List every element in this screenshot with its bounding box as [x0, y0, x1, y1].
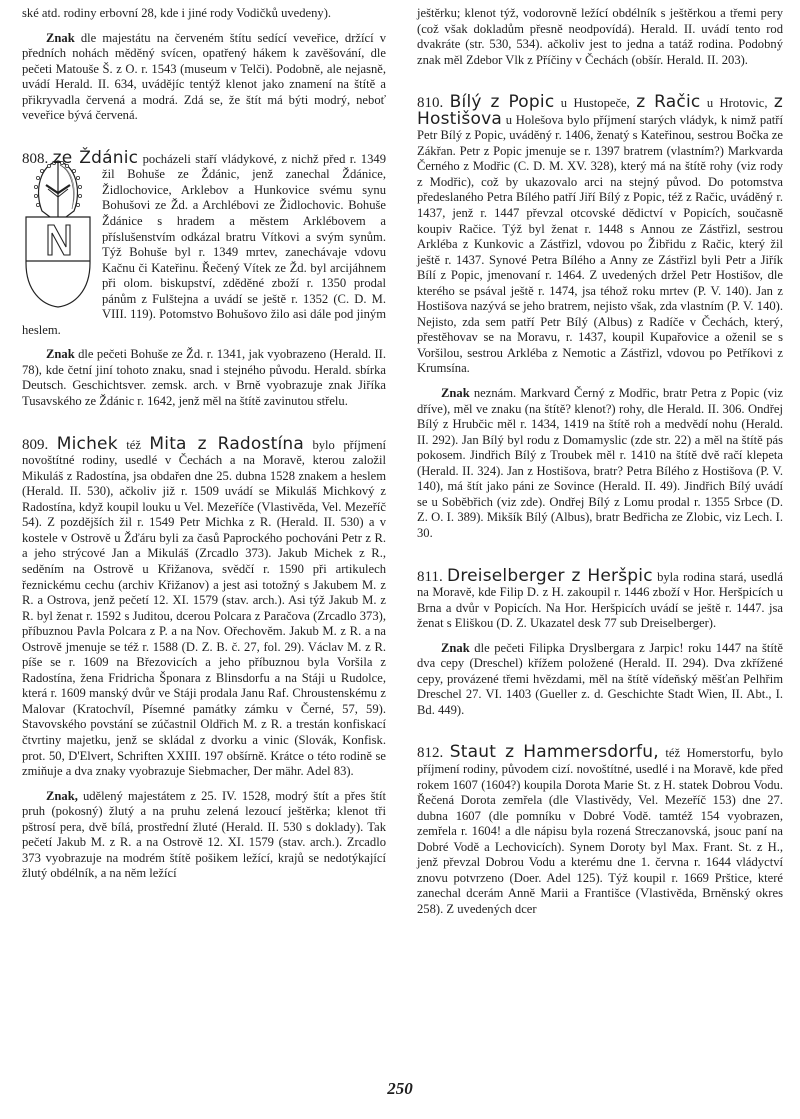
entry-number: 812.	[417, 745, 443, 761]
entry-809: 809. Michek též Mita z Radostína bylo př…	[22, 437, 386, 882]
entry-heading: ze Ždánic	[53, 148, 139, 168]
znak-text: dle pečeti Bohuše ze Žd. r. 1341, jak vy…	[22, 347, 386, 408]
entry-808-znak: Znak dle pečeti Bohuše ze Žd. r. 1341, j…	[22, 347, 386, 409]
znak-text: dle pečeti Filipka Dryslbergara z Jarpic…	[417, 641, 783, 717]
entry-heading-primary: Michek	[57, 434, 118, 454]
coat-of-arms-helmet-shield-icon	[20, 151, 96, 309]
entry-location-1: u Hustopeče,	[554, 96, 636, 110]
intro-znak-paragraph: Znak dle majestátu na červeném štítu sed…	[22, 31, 386, 124]
entry-810-znak: Znak neznám. Markvard Černý z Modřic, br…	[417, 386, 783, 541]
entry-text: též Homerstorfu, bylo příjmení rodiny, p…	[417, 746, 783, 915]
entry-810: 810. Bílý z Popic u Hustopeče, z Račic u…	[417, 95, 783, 541]
znak-text: neznám. Markvard Černý z Modřic, bratr P…	[417, 386, 783, 540]
entry-number: 809.	[22, 437, 48, 453]
entry-heading: Staut z Hammersdorfu,	[450, 742, 659, 762]
entry-location-3: u Holešova	[502, 113, 567, 127]
entry-809-paragraph: 809. Michek též Mita z Radostína bylo př…	[22, 437, 386, 780]
entry-text: bylo příjmení starých vládyk, k nimž pat…	[417, 113, 783, 376]
entry-812: 812. Staut z Hammersdorfu, též Homerstor…	[417, 745, 783, 917]
znak-text: dle majestátu na červeném štítu sedící v…	[22, 31, 386, 123]
entry-location-2: u Hrotovic,	[700, 96, 773, 110]
znak-label: Znak	[46, 347, 75, 361]
intro-continuation: ské atd. rodiny erbovní 28, kde i jiné r…	[22, 6, 386, 22]
entry-809-znak: Znak, udělený majestátem z 25. IV. 1528,…	[22, 789, 386, 882]
entry-number: 808.	[22, 151, 48, 167]
entry-808: 808. ze Ždánic	[22, 151, 386, 410]
entry-heading-connector: též	[118, 438, 150, 452]
entry-heading-2: z Račic	[636, 92, 700, 112]
entry-811: 811. Dreiselberger z Heršpic byla rodina…	[417, 569, 783, 719]
entry-808-paragraph: 808. ze Ždánic	[22, 151, 386, 339]
entry-heading-secondary: Mita z Radostína	[149, 434, 304, 454]
entry-811-paragraph: 811. Dreiselberger z Heršpic byla rodina…	[417, 569, 783, 632]
entry-810-paragraph: 810. Bílý z Popic u Hustopeče, z Račic u…	[417, 95, 783, 377]
entry-number: 811.	[417, 569, 443, 585]
right-column: ještěrku; klenot týž, vodorovně ležící o…	[417, 6, 783, 917]
entry-heading: Dreiselberger z Heršpic	[447, 566, 653, 586]
entry-809-continuation: ještěrku; klenot týž, vodorovně ležící o…	[417, 6, 783, 68]
znak-label: Znak	[46, 31, 75, 45]
znak-label: Znak,	[46, 789, 78, 803]
page-number: 250	[0, 1079, 800, 1099]
entry-811-znak: Znak dle pečeti Filipka Dryslbergara z J…	[417, 641, 783, 719]
left-column: ské atd. rodiny erbovní 28, kde i jiné r…	[22, 6, 386, 882]
znak-label: Znak	[441, 641, 470, 655]
book-page: ské atd. rodiny erbovní 28, kde i jiné r…	[0, 0, 800, 1119]
znak-label: Znak	[441, 386, 470, 400]
entry-text: bylo příjmení novoštítné rodiny, usedlé …	[22, 438, 386, 778]
entry-812-paragraph: 812. Staut z Hammersdorfu, též Homerstor…	[417, 745, 783, 917]
